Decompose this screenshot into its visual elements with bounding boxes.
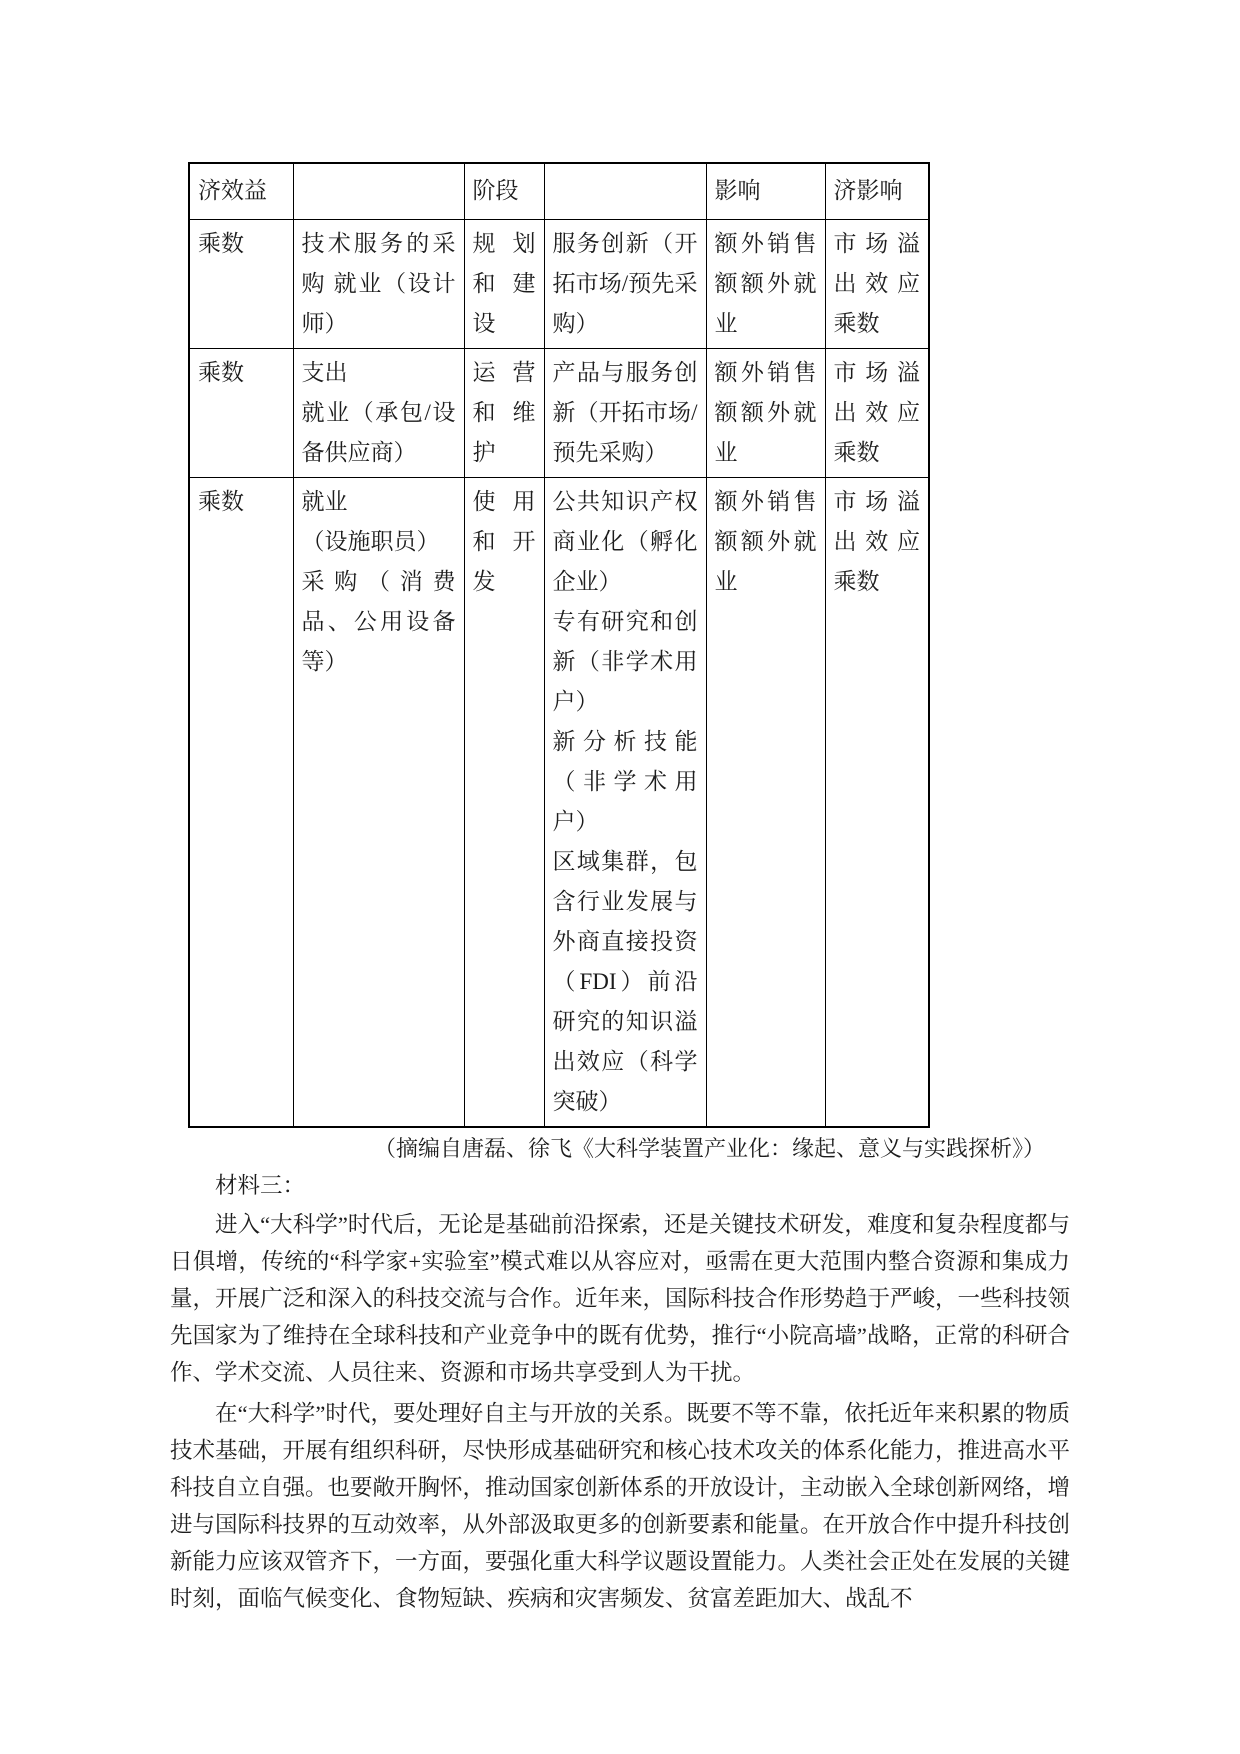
header-cell-blank-2 xyxy=(544,163,706,219)
cell-benefit-detail-1: 技术服务的采购 就业（设计师） xyxy=(293,219,464,348)
cell-innovation-3: 公共知识产权商业化（孵化企业） 专有研究和创新（非学术用户） 新分析技能（非学术… xyxy=(544,477,706,1127)
cell-impact-1: 额外销售额额外就业 xyxy=(706,219,825,348)
header-cell-blank-1 xyxy=(293,163,464,219)
header-cell-stage: 阶段 xyxy=(464,163,544,219)
header-cell-impact: 影响 xyxy=(706,163,825,219)
table-header-row: 济效益 阶段 影响 济影响 xyxy=(189,163,929,219)
cell-innovation-1: 服务创新（开拓市场/预先采购） xyxy=(544,219,706,348)
cell-impact-3: 额外销售额额外就业 xyxy=(706,477,825,1127)
table-row-usage: 乘数 就业 （设施职员） 采购（消费品、公用设备等） 使用和开发 公共知识产权商… xyxy=(189,477,929,1127)
cell-multiplier-2: 乘数 xyxy=(189,348,293,477)
table-row-planning: 乘数 技术服务的采购 就业（设计师） 规划和建设 服务创新（开拓市场/预先采购）… xyxy=(189,219,929,348)
cell-impact-2: 额外销售额额外就业 xyxy=(706,348,825,477)
cell-stage-2: 运营和维护 xyxy=(464,348,544,477)
header-cell-economic-impact: 济影响 xyxy=(825,163,929,219)
table-row-operation: 乘数 支出 就业（承包/设备供应商） 运营和维护 产品与服务创新（开拓市场/预先… xyxy=(189,348,929,477)
paragraph-2: 在“大科学”时代，要处理好自主与开放的关系。既要不等不靠，依托近年来积累的物质技… xyxy=(170,1395,1070,1617)
cell-benefit-detail-2: 支出 就业（承包/设备供应商） xyxy=(293,348,464,477)
document-page: 济效益 阶段 影响 济影响 乘数 技术服务的采购 就业（设计师） 规划和建设 服… xyxy=(0,0,1240,1754)
cell-economic-impact-1: 市场溢出效应乘数 xyxy=(825,219,929,348)
cell-economic-impact-3: 市场溢出效应乘数 xyxy=(825,477,929,1127)
economic-impact-table: 济效益 阶段 影响 济影响 乘数 技术服务的采购 就业（设计师） 规划和建设 服… xyxy=(188,162,930,1128)
header-cell-economic-benefit: 济效益 xyxy=(189,163,293,219)
paragraph-1: 进入“大科学”时代后，无论是基础前沿探索，还是关键技术研发，难度和复杂程度都与日… xyxy=(170,1206,1070,1391)
cell-multiplier-1: 乘数 xyxy=(189,219,293,348)
cell-stage-1: 规划和建设 xyxy=(464,219,544,348)
material-three-label: 材料三： xyxy=(170,1170,1070,1202)
cell-stage-3: 使用和开发 xyxy=(464,477,544,1127)
cell-innovation-2: 产品与服务创新（开拓市场/预先采购） xyxy=(544,348,706,477)
cell-benefit-detail-3: 就业 （设施职员） 采购（消费品、公用设备等） xyxy=(293,477,464,1127)
source-attribution: （摘编自唐磊、徐飞《大科学装置产业化：缘起、意义与实践探析》） xyxy=(170,1134,1070,1164)
cell-multiplier-3: 乘数 xyxy=(189,477,293,1127)
cell-economic-impact-2: 市场溢出效应乘数 xyxy=(825,348,929,477)
